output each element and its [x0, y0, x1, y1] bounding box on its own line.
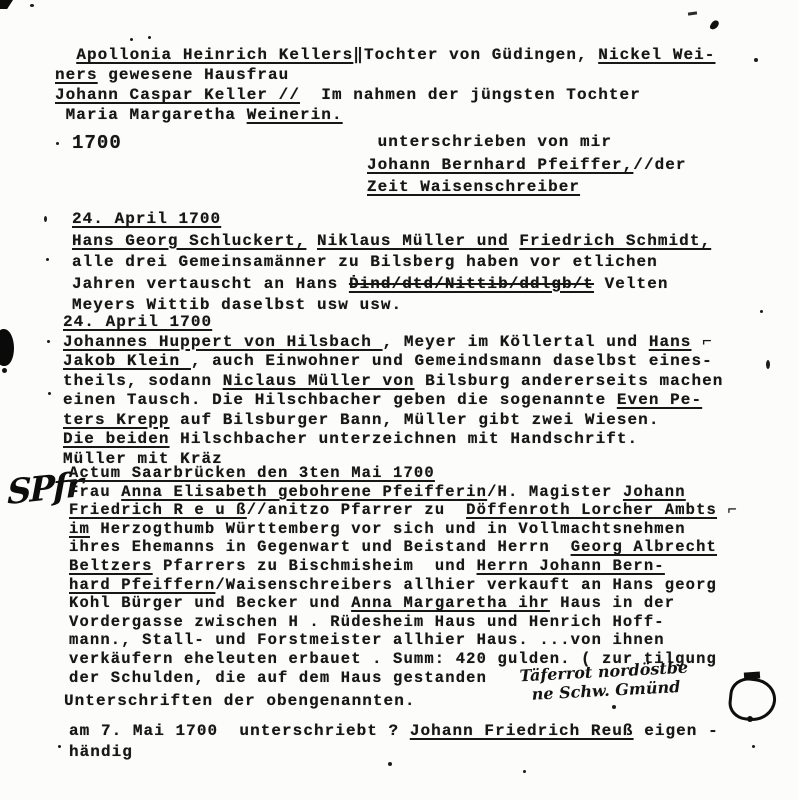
signature-waisenschreiber: unterschrieben von mirJohann Bernhard Pf…: [367, 131, 687, 199]
text-segment: , Meyer im Köllertal und: [383, 333, 649, 351]
text-segment: [55, 46, 76, 64]
scan-speckle: [48, 392, 51, 395]
text-segment: /Waisenschreibers allhier verkauft an Ha…: [215, 576, 717, 594]
text-line: Jakob Klein , auch Einwohner und Gemeind…: [63, 352, 723, 372]
text-segment: Georg Albrecht: [571, 538, 717, 556]
text-segment: Niklaus Müller und: [317, 232, 509, 250]
text-segment: //der: [633, 156, 686, 174]
text-segment: Johann Bernhard Pfeiffer,: [367, 156, 633, 174]
text-line: einen Tausch. Die Hilschbacher geben die…: [63, 391, 723, 411]
text-line: Unterschriften der obengenannten.: [64, 691, 416, 711]
text-line: Zeit Waisenschreiber: [367, 176, 687, 199]
text-segment: Apollonia Heinrich Kellers: [76, 46, 353, 64]
text-segment: unterschrieben von mir: [367, 133, 612, 151]
entry-24-april-schluckert: 24. April 1700Hans Georg Schluckert, Nik…: [72, 209, 711, 317]
text-line: Johannes Huppert von Hilsbach , Meyer im…: [63, 333, 723, 353]
text-segment: Bilsburg andererseits machen: [415, 372, 724, 390]
text-line: Hans Georg Schluckert, Niklaus Müller un…: [72, 231, 711, 253]
text-segment: Johannes Huppert von Hilsbach: [63, 333, 383, 351]
text-segment: 1700: [72, 132, 122, 154]
text-line: Johann Caspar Keller // Im nahmen der jü…: [55, 85, 715, 105]
scan-speckle: [709, 19, 720, 31]
text-line: Actum Saarbrücken den 3ten Mai 1700: [69, 464, 738, 483]
text-line: Die beiden Hilschbacher unterzeichnen mi…: [63, 430, 723, 450]
scan-speckle: [44, 216, 47, 222]
text-segment: ‖Tochter von Güdingen,: [353, 46, 598, 64]
scan-corner-mark: [0, 0, 13, 9]
text-segment: 24. April 1700: [72, 210, 221, 228]
scanned-document-page: SPfr Apollonia Heinrich Kellers‖Tochter …: [0, 0, 798, 800]
text-segment: Im nahmen der jüngsten Tochter: [300, 86, 641, 104]
text-line: händig: [69, 742, 719, 763]
text-line: mann., Stall- und Forstmeister allhier H…: [69, 631, 738, 650]
scan-speckle: [747, 716, 753, 722]
text-segment: , auch Einwohner und Gemeindsmann daselb…: [191, 352, 713, 370]
text-segment: alle drei Gemeinsamänner zu Bilsberg hab…: [72, 253, 658, 271]
scan-speckle: [688, 11, 697, 15]
text-line: Maria Margaretha Weinerin.: [55, 105, 715, 125]
text-segment: Hans Georg Schluckert,: [72, 232, 306, 250]
scan-speckle: [47, 340, 50, 343]
text-line: am 7. Mai 1700 unterschriebt ? Johann Fr…: [69, 721, 719, 742]
scan-speckle: [523, 770, 526, 773]
text-segment: ⌐: [717, 501, 738, 519]
text-line: 24. April 1700: [72, 209, 711, 231]
text-segment: Jahren vertauscht an Hans: [72, 275, 349, 293]
text-segment: Friedrich Schmidt,: [519, 232, 711, 250]
text-segment: Pfarrers zu Bischmisheim und: [153, 557, 477, 575]
scan-speckle: [46, 258, 49, 261]
text-segment: Frau: [69, 483, 121, 501]
text-line: ihres Ehemanns in Gegenwart und Beistand…: [69, 538, 738, 557]
text-segment: auf Bilsburger Bann, Müller gibt zwei Wi…: [170, 411, 660, 429]
text-segment: Haus in der: [550, 594, 675, 612]
text-segment: theils, sodann: [63, 372, 223, 390]
text-segment: mann., Stall- und Forstmeister allhier H…: [69, 631, 665, 649]
text-segment: ters Krepp: [63, 411, 170, 429]
text-line: Johann Bernhard Pfeiffer,//der: [367, 154, 687, 177]
text-segment: Johann Friedrich Reuß: [410, 722, 634, 740]
text-segment: Hilschbacher unterzeichnen mit Handschri…: [170, 430, 639, 448]
scan-speckle: [58, 745, 61, 748]
scan-speckle: [760, 310, 763, 313]
marginal-handwriting-taeferrot: Täferrot nordöstbe ne Schw. Gmünd: [519, 658, 689, 705]
text-segment: ners: [55, 66, 98, 84]
entry-7-mai-reuss: am 7. Mai 1700 unterschriebt ? Johann Fr…: [69, 721, 719, 763]
text-line: alle drei Gemeinsamänner zu Bilsberg hab…: [72, 252, 711, 274]
text-line: Friedrich R e u ß//anitzo Pfarrer zu Döf…: [69, 501, 738, 520]
scan-speckle: [2, 368, 7, 373]
scan-speckle: [30, 4, 34, 7]
text-segment: einen Tausch. Die Hilschbacher geben die…: [63, 391, 617, 409]
text-line: im Herzogthumb Württemberg vor sich und …: [69, 520, 738, 539]
text-segment: Döffenroth Lorcher Ambts: [466, 501, 717, 519]
text-segment: im: [69, 520, 90, 538]
text-segment: [306, 232, 317, 250]
text-segment: Weinerin.: [247, 106, 343, 124]
text-segment: der Schulden, die auf dem Haus gestanden: [69, 669, 487, 687]
text-segment: 24. April 1700: [63, 313, 212, 331]
text-segment: hard Pfeiffern: [69, 576, 215, 594]
text-segment: Meyers Wittib daselbst usw usw.: [72, 296, 402, 314]
text-segment: Die beiden: [63, 430, 170, 448]
text-segment: am 7. Mai 1700 unterschriebt ?: [69, 722, 410, 740]
text-line: Jahren vertauscht an Hans Ḋind/dtd/Nitti…: [72, 274, 711, 296]
scan-speckle: [56, 142, 59, 145]
text-segment: //anitzo Pfarrer zu: [247, 501, 466, 519]
scan-speckle: [612, 705, 616, 709]
scan-speckle: [754, 58, 758, 62]
text-segment: Johann: [623, 483, 686, 501]
line-unterschriften: Unterschriften der obengenannten.: [64, 691, 416, 711]
scan-speckle: [752, 745, 755, 748]
text-line: Apollonia Heinrich Kellers‖Tochter von G…: [55, 45, 715, 65]
text-segment: Zeit Waisenschreiber: [367, 178, 580, 196]
text-segment: Jakob Klein: [63, 352, 191, 370]
text-segment: ihres Ehemanns in Gegenwart und Beistand…: [69, 538, 571, 556]
text-segment: Hans: [649, 333, 692, 351]
text-segment: Maria Margaretha: [55, 106, 247, 124]
entry-24-april-huppert-tausch: 24. April 1700Johannes Huppert von Hilsb…: [63, 313, 723, 469]
text-segment: Unterschriften der obengenannten.: [64, 692, 416, 710]
text-line: Beltzers Pfarrers zu Bischmisheim und He…: [69, 557, 738, 576]
text-line: ners gewesene Hausfrau: [55, 65, 715, 85]
scan-speckle: [766, 360, 770, 369]
text-line: Kohl Bürger und Becker und Anna Margaret…: [69, 594, 738, 613]
text-line: Vordergasse zwischen H . Rüdesheim Haus …: [69, 613, 738, 632]
text-segment: /H. Magister: [487, 483, 623, 501]
text-segment: ⌐: [691, 333, 712, 351]
text-segment: Velten: [594, 275, 669, 293]
text-segment: Anna Margaretha ihr: [351, 594, 550, 612]
text-segment: Herzogthumb Württemberg vor sich und in …: [90, 520, 686, 538]
text-line: Frau Anna Elisabeth gebohrene Pfeifferin…: [69, 483, 738, 502]
entry-year-1700: 1700: [72, 133, 122, 153]
text-segment: Ḋind/dtd/Nittib/ddlgb/t: [349, 275, 594, 293]
text-line: ters Krepp auf Bilsburger Bann, Müller g…: [63, 411, 723, 431]
text-line: hard Pfeiffern/Waisenschreibers allhier …: [69, 576, 738, 595]
text-segment: eigen -: [634, 722, 719, 740]
text-segment: händig: [69, 743, 133, 761]
text-segment: Kohl Bürger und Becker und: [69, 594, 351, 612]
punch-hole-blob: [0, 329, 14, 366]
text-segment: Beltzers: [69, 557, 153, 575]
text-segment: Herrn Johann Bern-: [477, 557, 665, 575]
text-segment: Even Pe-: [617, 391, 702, 409]
handwritten-circle-mark: [744, 671, 760, 679]
text-line: 24. April 1700: [63, 313, 723, 333]
text-segment: gewesene Hausfrau: [98, 66, 290, 84]
text-segment: Actum Saarbrücken den 3ten Mai 1700: [69, 464, 435, 482]
text-segment: Niclaus Müller von: [223, 372, 415, 390]
text-segment: Johann Caspar Keller //: [55, 86, 300, 104]
text-line: theils, sodann Niclaus Müller von Bilsbu…: [63, 372, 723, 392]
scan-speckle: [148, 36, 151, 39]
text-segment: Vordergasse zwischen H . Rüdesheim Haus …: [69, 613, 665, 631]
text-line: unterschrieben von mir: [367, 131, 687, 154]
text-segment: Nickel Wei-: [598, 46, 715, 64]
text-segment: [509, 232, 520, 250]
text-segment: Friedrich R e u ß: [69, 501, 247, 519]
text-line: 1700: [72, 133, 122, 153]
entry-actum-saarbruecken-hausverkauf: Actum Saarbrücken den 3ten Mai 1700Frau …: [69, 464, 738, 687]
entry-apollonia-keller: Apollonia Heinrich Kellers‖Tochter von G…: [55, 45, 715, 125]
text-segment: Anna Elisabeth gebohrene Pfeifferin: [121, 483, 487, 501]
scan-speckle: [130, 38, 133, 41]
